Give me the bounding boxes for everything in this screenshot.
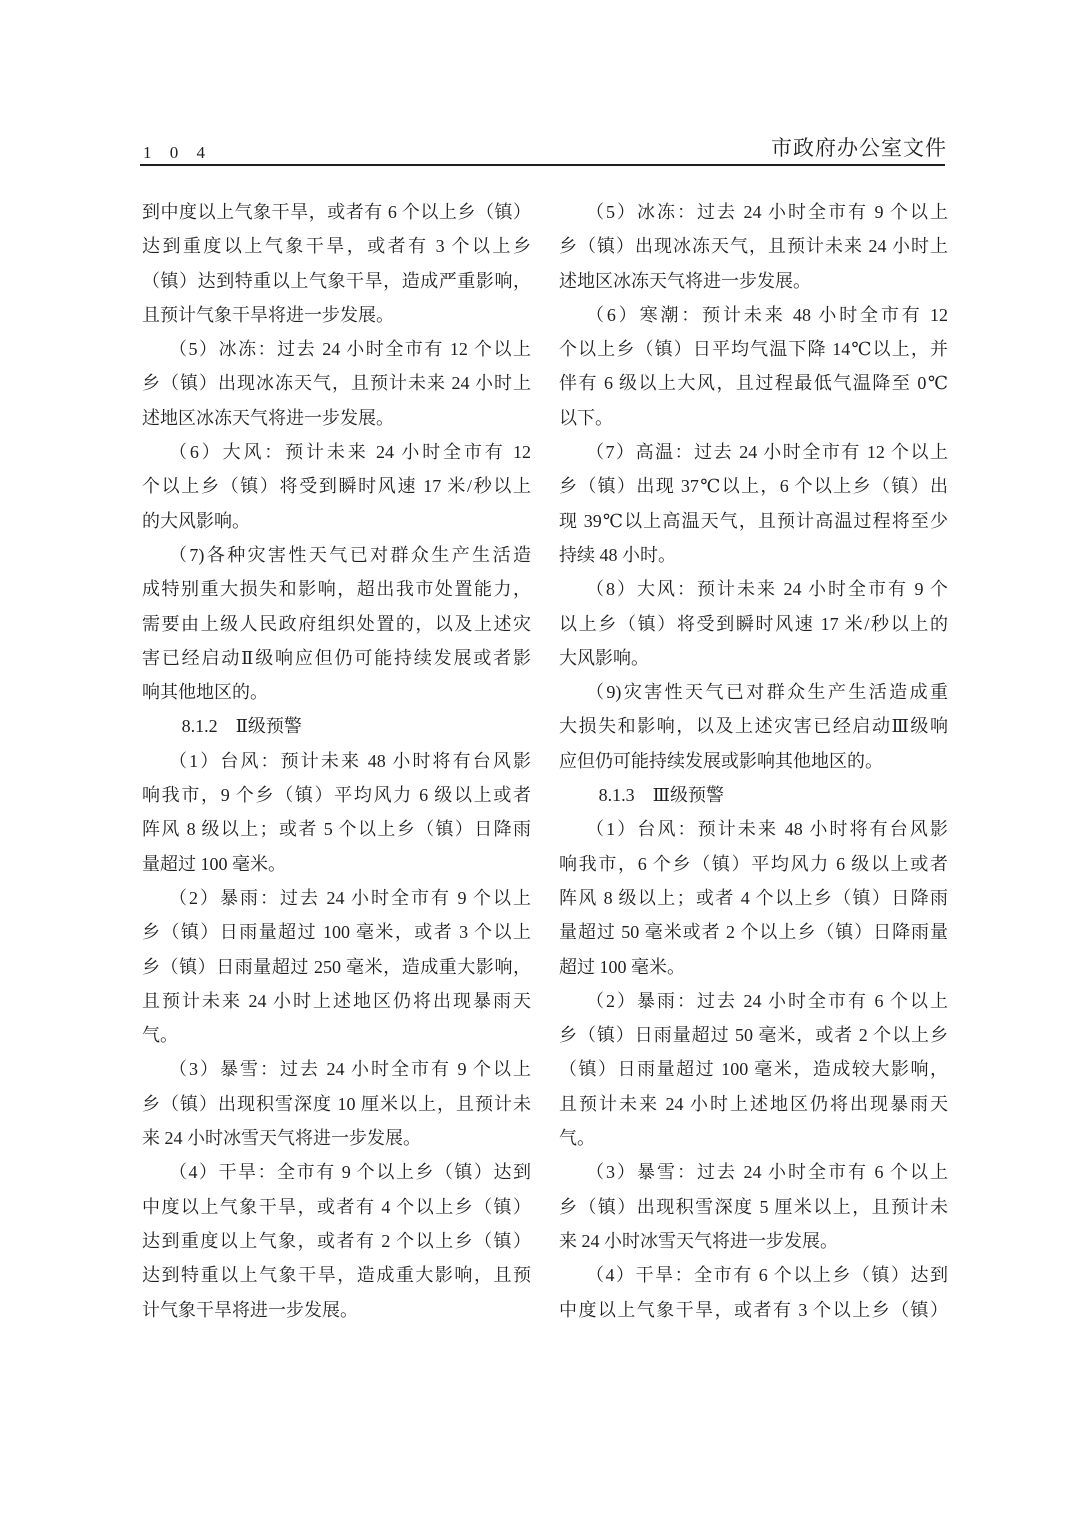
text-line: 阵风 8 级以上；或者 5 个以上乡（镇）日降雨 [142,812,531,846]
text-line: 乡（镇）出现积雪深度 10 厘米以上，且预计未 [142,1087,531,1121]
text-line: 8.1.3 Ⅲ级预警 [559,778,948,812]
text-line: 达到特重以上气象干旱，造成重大影响，且预 [142,1258,531,1292]
text-line: 气。 [559,1121,948,1155]
text-line: 成特别重大损失和影响，超出我市处置能力， [142,572,531,606]
text-line: 响其他地区的。 [142,675,531,709]
left-column: 到中度以上气象干旱，或者有 6 个以上乡（镇）达到重度以上气象干旱，或者有 3 … [142,195,531,1327]
text-line: 乡（镇）日雨量超过 50 毫米，或者 2 个以上乡 [559,1018,948,1052]
text-line: 响我市，6 个乡（镇）平均风力 6 级以上或者 [559,847,948,881]
text-line: （4）干旱：全市有 6 个以上乡（镇）达到 [559,1258,948,1292]
text-line: 伴有 6 级以上大风，且过程最低气温降至 0℃ [559,366,948,400]
header-rule [140,164,945,166]
page-number: 1 0 4 [143,143,212,163]
text-line: 乡（镇）日雨量超过 100 毫米，或者 3 个以上 [142,915,531,949]
text-line: 且预计未来 24 小时上述地区仍将出现暴雨天 [559,1087,948,1121]
text-line: （9)灾害性天气已对群众生产生活造成重 [559,675,948,709]
text-line: （7）高温：过去 24 小时全市有 12 个以上 [559,435,948,469]
text-line: （镇）日雨量超过 100 毫米，造成较大影响， [559,1052,948,1086]
text-line: 乡（镇）出现冰冻天气，且预计未来 24 小时上 [142,366,531,400]
text-line: 现 39℃以上高温天气，且预计高温过程将至少 [559,504,948,538]
text-line: 中度以上气象干旱，或者有 3 个以上乡（镇） [559,1293,948,1327]
text-line: 量超过 50 毫米或者 2 个以上乡（镇）日降雨量 [559,915,948,949]
text-line: 气。 [142,1018,531,1052]
text-line: （6）寒潮：预计未来 48 小时全市有 12 [559,298,948,332]
text-line: 以下。 [559,401,948,435]
text-line: 应但仍可能持续发展或影响其他地区的。 [559,744,948,778]
text-line: （3）暴雪：过去 24 小时全市有 9 个以上 [142,1052,531,1086]
right-column: （5）冰冻：过去 24 小时全市有 9 个以上乡（镇）出现冰冻天气，且预计未来 … [559,195,948,1327]
text-line: 的大风影响。 [142,504,531,538]
text-line: 述地区冰冻天气将进一步发展。 [559,264,948,298]
text-line: 大风影响。 [559,641,948,675]
text-line: 达到重度以上气象干旱，或者有 3 个以上乡 [142,229,531,263]
text-line: 且预计未来 24 小时上述地区仍将出现暴雨天 [142,984,531,1018]
text-line: 8.1.2 Ⅱ级预警 [142,709,531,743]
text-line: 到中度以上气象干旱，或者有 6 个以上乡（镇） [142,195,531,229]
text-line: 中度以上气象干旱，或者有 4 个以上乡（镇） [142,1190,531,1224]
text-line: 阵风 8 级以上；或者 4 个以上乡（镇）日降雨 [559,881,948,915]
document-body: 到中度以上气象干旱，或者有 6 个以上乡（镇）达到重度以上气象干旱，或者有 3 … [142,195,948,1327]
text-line: （8）大风：预计未来 24 小时全市有 9 个 [559,572,948,606]
text-line: 持续 48 小时。 [559,538,948,572]
text-line: （镇）达到特重以上气象干旱，造成严重影响， [142,264,531,298]
text-line: 且预计气象干旱将进一步发展。 [142,298,531,332]
text-line: （5）冰冻：过去 24 小时全市有 9 个以上 [559,195,948,229]
text-line: （2）暴雨：过去 24 小时全市有 6 个以上 [559,984,948,1018]
text-line: 以上乡（镇）将受到瞬时风速 17 米/秒以上的 [559,607,948,641]
text-line: 害已经启动Ⅱ级响应但仍可能持续发展或者影 [142,641,531,675]
text-line: 响我市，9 个乡（镇）平均风力 6 级以上或者 [142,778,531,812]
text-line: 大损失和影响，以及上述灾害已经启动Ⅲ级响 [559,709,948,743]
text-line: （1）台风：预计未来 48 小时将有台风影 [142,744,531,778]
document-page: 1 0 4 市政府办公室文件 到中度以上气象干旱，或者有 6 个以上乡（镇）达到… [0,0,1074,1520]
text-line: 计气象干旱将进一步发展。 [142,1293,531,1327]
text-line: 乡（镇）出现 37℃以上，6 个以上乡（镇）出 [559,469,948,503]
text-line: 乡（镇）出现冰冻天气，且预计未来 24 小时上 [559,229,948,263]
header-doc-label: 市政府办公室文件 [771,132,947,162]
text-line: （1）台风：预计未来 48 小时将有台风影 [559,812,948,846]
text-line: 个以上乡（镇）日平均气温下降 14℃以上，并 [559,332,948,366]
text-line: 超过 100 毫米。 [559,950,948,984]
text-line: （6）大风：预计未来 24 小时全市有 12 [142,435,531,469]
text-line: （5）冰冻：过去 24 小时全市有 12 个以上 [142,332,531,366]
text-line: 需要由上级人民政府组织处置的，以及上述灾 [142,607,531,641]
text-line: 量超过 100 毫米。 [142,847,531,881]
text-line: （4）干旱：全市有 9 个以上乡（镇）达到 [142,1155,531,1189]
text-line: （3）暴雪：过去 24 小时全市有 6 个以上 [559,1155,948,1189]
text-line: 个以上乡（镇）将受到瞬时风速 17 米/秒以上 [142,469,531,503]
text-line: 达到重度以上气象，或者有 2 个以上乡（镇） [142,1224,531,1258]
text-line: （2）暴雨：过去 24 小时全市有 9 个以上 [142,881,531,915]
text-line: 来 24 小时冰雪天气将进一步发展。 [142,1121,531,1155]
text-line: 来 24 小时冰雪天气将进一步发展。 [559,1224,948,1258]
text-line: 乡（镇）日雨量超过 250 毫米，造成重大影响， [142,950,531,984]
text-line: （7)各种灾害性天气已对群众生产生活造 [142,538,531,572]
text-line: 乡（镇）出现积雪深度 5 厘米以上，且预计未 [559,1190,948,1224]
text-line: 述地区冰冻天气将进一步发展。 [142,401,531,435]
